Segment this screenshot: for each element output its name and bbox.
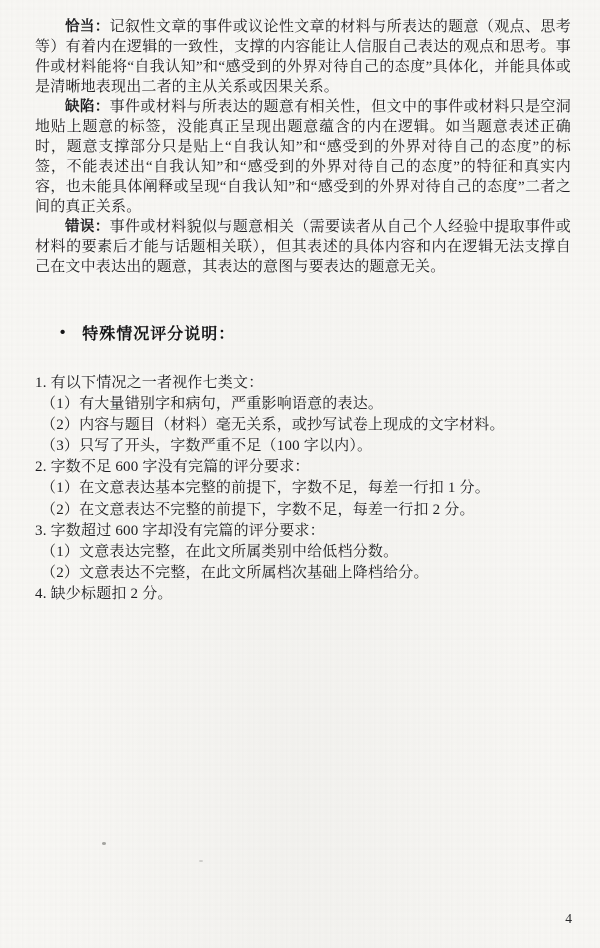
special-cases-heading-text: 特殊情况评分说明： xyxy=(82,321,235,344)
paragraph-lead-error: 错误： xyxy=(65,219,110,235)
list-item: （1）在文意表达基本完整的前提下，字数不足，每差一行扣 1 分。 xyxy=(35,478,571,499)
paragraph-lead-appropriate: 恰当： xyxy=(65,19,110,35)
list-item: 3. 字数超过 600 字却没有完篇的评分要求： xyxy=(35,521,571,542)
scan-speck xyxy=(102,842,106,845)
list-item: （2）内容与题目（材料）毫无关系，或抄写试卷上现成的文字材料。 xyxy=(35,415,571,436)
scoring-rules-list: 1. 有以下情况之一者视作七类文： （1）有大量错别字和病句，严重影响语意的表达… xyxy=(35,373,571,605)
paragraph-body-appropriate: 记叙性文章的事件或议论性文章的材料与所表达的题意（观点、思考等）有着内在逻辑的一… xyxy=(35,19,571,95)
page-content: 恰当：记叙性文章的事件或议论性文章的材料与所表达的题意（观点、思考等）有着内在逻… xyxy=(35,17,571,605)
bullet-icon: • xyxy=(60,325,66,340)
document-page: 恰当：记叙性文章的事件或议论性文章的材料与所表达的题意（观点、思考等）有着内在逻… xyxy=(0,0,600,948)
paragraph-appropriate: 恰当：记叙性文章的事件或议论性文章的材料与所表达的题意（观点、思考等）有着内在逻… xyxy=(35,17,571,97)
list-item: （1）文意表达完整，在此文所属类别中给低档分数。 xyxy=(35,542,571,563)
list-item: （2）文意表达不完整，在此文所属档次基础上降档给分。 xyxy=(35,563,571,584)
paragraph-body-defect: 事件或材料与所表达的题意有相关性，但文中的事件或材料只是空洞地贴上题意的标签，没… xyxy=(35,99,571,215)
paragraph-error: 错误：事件或材料貌似与题意相关（需要读者从自己个人经验中提取事件或材料的要素后才… xyxy=(35,217,571,277)
list-item: 2. 字数不足 600 字没有完篇的评分要求： xyxy=(35,457,571,478)
list-item: （1）有大量错别字和病句，严重影响语意的表达。 xyxy=(35,394,571,415)
list-item: （2）在文意表达不完整的前提下，字数不足，每差一行扣 2 分。 xyxy=(35,500,571,521)
list-item: 1. 有以下情况之一者视作七类文： xyxy=(35,373,571,394)
special-cases-heading: • 特殊情况评分说明： xyxy=(35,321,571,344)
list-item: （3）只写了开头，字数严重不足（100 字以内）。 xyxy=(35,436,571,457)
paragraph-lead-defect: 缺陷： xyxy=(65,99,110,115)
paragraph-defect: 缺陷：事件或材料与所表达的题意有相关性，但文中的事件或材料只是空洞地贴上题意的标… xyxy=(35,97,571,217)
page-number: 4 xyxy=(565,911,572,927)
scan-speck xyxy=(199,860,203,862)
paragraph-body-error: 事件或材料貌似与题意相关（需要读者从自己个人经验中提取事件或材料的要素后才能与话… xyxy=(35,219,571,275)
list-item: 4. 缺少标题扣 2 分。 xyxy=(35,584,571,605)
